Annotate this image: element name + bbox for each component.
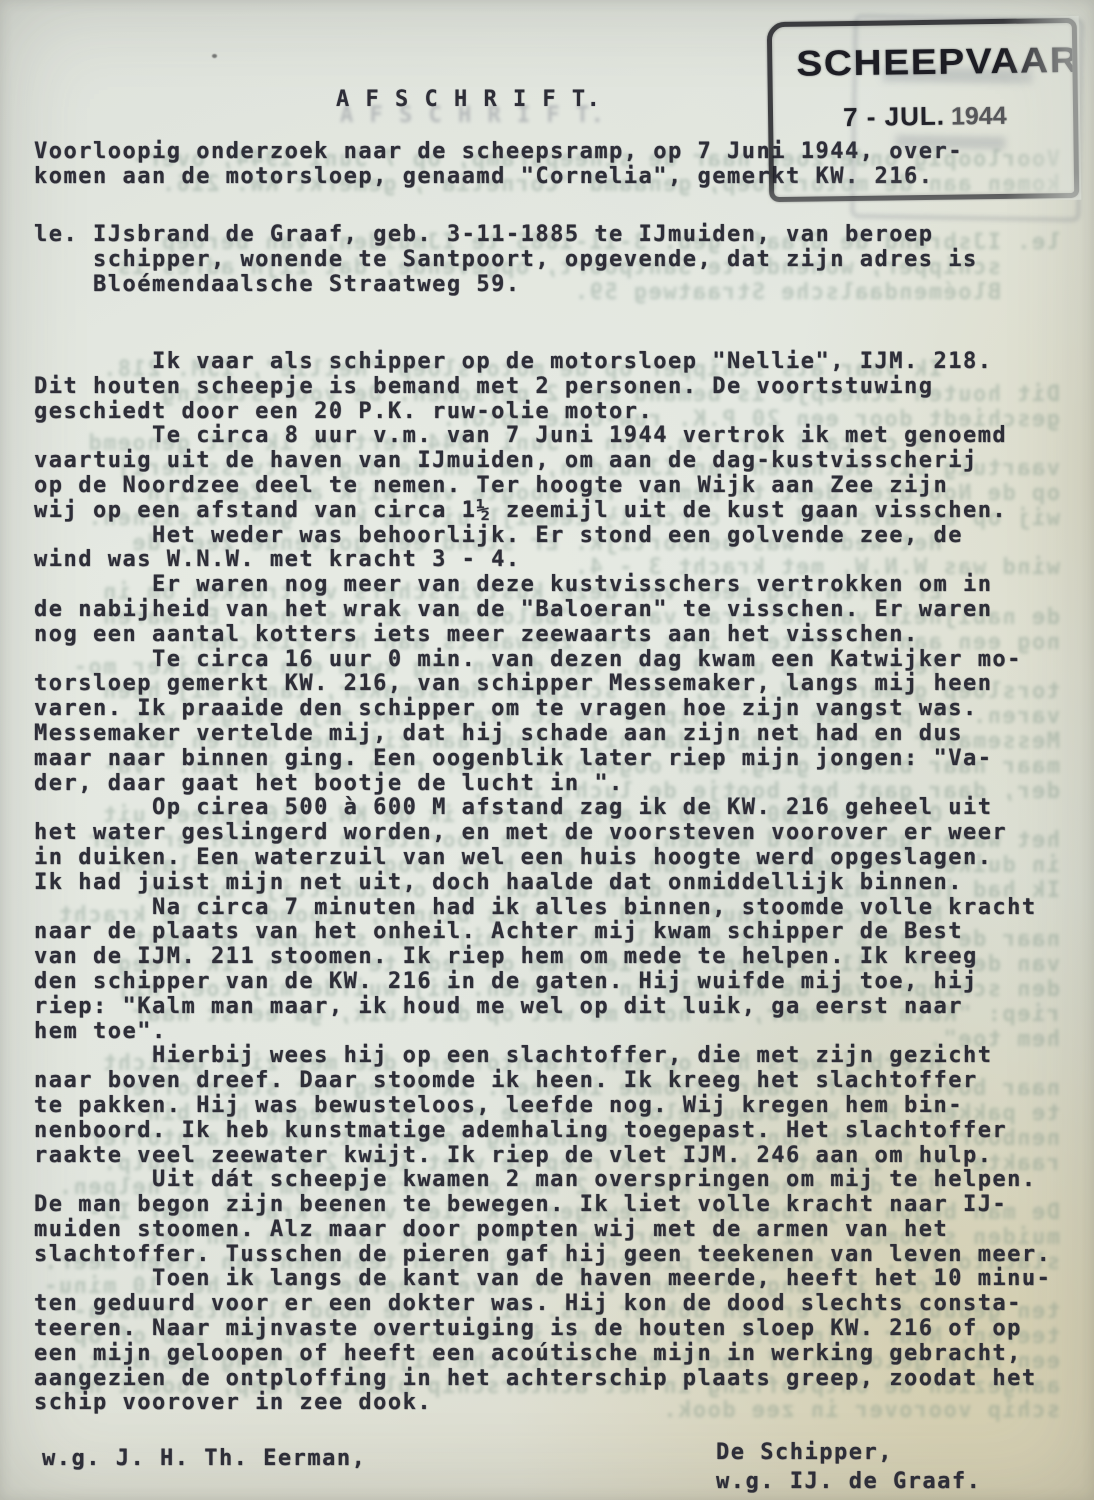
body-line: maar naar binnen ging. Een oogenblik lat… xyxy=(34,747,1051,772)
signature-right: De Schipper, w.g. IJ. de Graaf. xyxy=(716,1438,981,1496)
body-line: riep: "Kalm man maar, ik houd me wel op … xyxy=(34,995,1051,1020)
body-line: Na circa 7 minuten had ik alles binnen, … xyxy=(34,896,1051,921)
body-line: in duiken. Een waterzuil van wel een hui… xyxy=(34,846,1051,871)
body-line: Dit houten scheepje is bemand met 2 pers… xyxy=(34,375,1051,400)
signature-right-title: De Schipper, xyxy=(716,1438,981,1467)
body-line: Er waren nog meer van deze kustvisschers… xyxy=(34,573,1051,598)
body-line: aangezien de ontploffing in het achtersc… xyxy=(34,1367,1051,1392)
body-line: naar boven dreef. Daar stoomde ik heen. … xyxy=(34,1069,1051,1094)
body-line: hem toe". xyxy=(34,1020,1051,1045)
witness-line: le. IJsbrand de Graaf, geb. 3-11-1885 te… xyxy=(34,223,978,248)
body-line: Messemaker vertelde mij, dat hij schade … xyxy=(34,722,1051,747)
body-line: naar de plaats van het onheil. Achter mi… xyxy=(34,920,1051,945)
body-line: het water geslingerd worden, en met de v… xyxy=(34,821,1051,846)
body-line: wind was W.N.W. met kracht 3 - 4. xyxy=(34,548,1051,573)
body-line: den schipper van de KW. 216 in de gaten.… xyxy=(34,970,1051,995)
document-heading: A F S C H R I F T. xyxy=(336,88,601,113)
body-line: een mijn geloopen of heeft een acoútisch… xyxy=(34,1342,1051,1367)
stamp-date: 7 - JUL.1944 xyxy=(843,100,1007,133)
witness-line: Bloémendaalsche Straatweg 59. xyxy=(34,273,978,298)
body-line: Hierbij wees hij op een slachtoffer, die… xyxy=(34,1044,1051,1069)
witness-statement: le. IJsbrand de Graaf, geb. 3-11-1885 te… xyxy=(34,223,978,297)
scanned-document-page: Voorloopig onderzoek naar de scheepsramp… xyxy=(0,0,1094,1500)
signature-left: w.g. J. H. Th. Eerman, xyxy=(42,1447,366,1472)
body-line: nog een aantal kotters iets meer zeewaar… xyxy=(34,623,1051,648)
body-line: Op cirea 500 à 600 M afstand zag ik de K… xyxy=(34,796,1051,821)
body-line: Te circa 8 uur v.m. van 7 Juni 1944 vert… xyxy=(34,424,1051,449)
witness-line: schipper, wonende te Santpoort, opgevend… xyxy=(34,248,978,273)
body-line: varen. Ik praaide den schipper om te vra… xyxy=(34,697,1051,722)
stamp-date-year: 1944 xyxy=(951,102,1007,131)
body-line: Toen ik langs de kant van de haven meerd… xyxy=(34,1267,1051,1292)
body-line: De man begon zijn beenen te bewegen. Ik … xyxy=(34,1193,1051,1218)
stamp-clip: SCHEEPVAART 7 - JUL.1944 xyxy=(772,23,1074,197)
body-line: van de IJM. 211 stoomen. Ik riep hem om … xyxy=(34,945,1051,970)
body-line: torsloep gemerkt KW. 216, van schipper M… xyxy=(34,672,1051,697)
ink-speck xyxy=(212,54,217,58)
stamp-title: SCHEEPVAART xyxy=(796,40,1074,85)
body-line: ten geduurd voor er een dokter was. Hij … xyxy=(34,1292,1051,1317)
signature-right-name: w.g. IJ. de Graaf. xyxy=(716,1467,981,1496)
body-line: wij op een afstand van circa 1½ zeemijl … xyxy=(34,499,1051,524)
body-line: geschiedt door een 20 P.K. ruw-olie moto… xyxy=(34,400,1051,425)
body-line: Ik vaar als schipper op de motorsloep "N… xyxy=(34,350,1051,375)
body-line: der, daar gaat het bootje de lucht in ". xyxy=(34,772,1051,797)
body-line: nenboord. Ik heb kunstmatige ademhaling … xyxy=(34,1119,1051,1144)
body-line: Te circa 16 uur 0 min. van dezen dag kwa… xyxy=(34,648,1051,673)
statement-body: Ik vaar als schipper op de motorsloep "N… xyxy=(34,350,1051,1416)
body-line: te pakken. Hij was bewusteloos, leefde n… xyxy=(34,1094,1051,1119)
copy-stamp: SCHEEPVAART 7 - JUL.1944 xyxy=(767,18,1079,202)
body-line: op de Noordzee deel te nemen. Ter hoogte… xyxy=(34,474,1051,499)
body-line: teeren. Naar mijnvaste overtuiging is de… xyxy=(34,1317,1051,1342)
body-line: raakte veel zeewater kwijt. Ik riep de v… xyxy=(34,1144,1051,1169)
body-line: Uit dát scheepje kwamen 2 man overspring… xyxy=(34,1168,1051,1193)
body-line: vaartuig uit de haven van IJmuiden, om a… xyxy=(34,449,1051,474)
stamp-date-day-month: 7 - JUL. xyxy=(843,101,945,132)
body-line: muiden stoomen. Alz maar door pompten wi… xyxy=(34,1218,1051,1243)
body-line: Ik had juist mijn net uit, doch haalde d… xyxy=(34,871,1051,896)
body-line: Het weder was behoorlijk. Er stond een g… xyxy=(34,524,1051,549)
body-line: de nabijheid van het wrak van de "Baloer… xyxy=(34,598,1051,623)
body-line: schip voorover in zee dook. xyxy=(34,1391,1051,1416)
body-line: slachtoffer. Tusschen de pieren gaf hij … xyxy=(34,1243,1051,1268)
